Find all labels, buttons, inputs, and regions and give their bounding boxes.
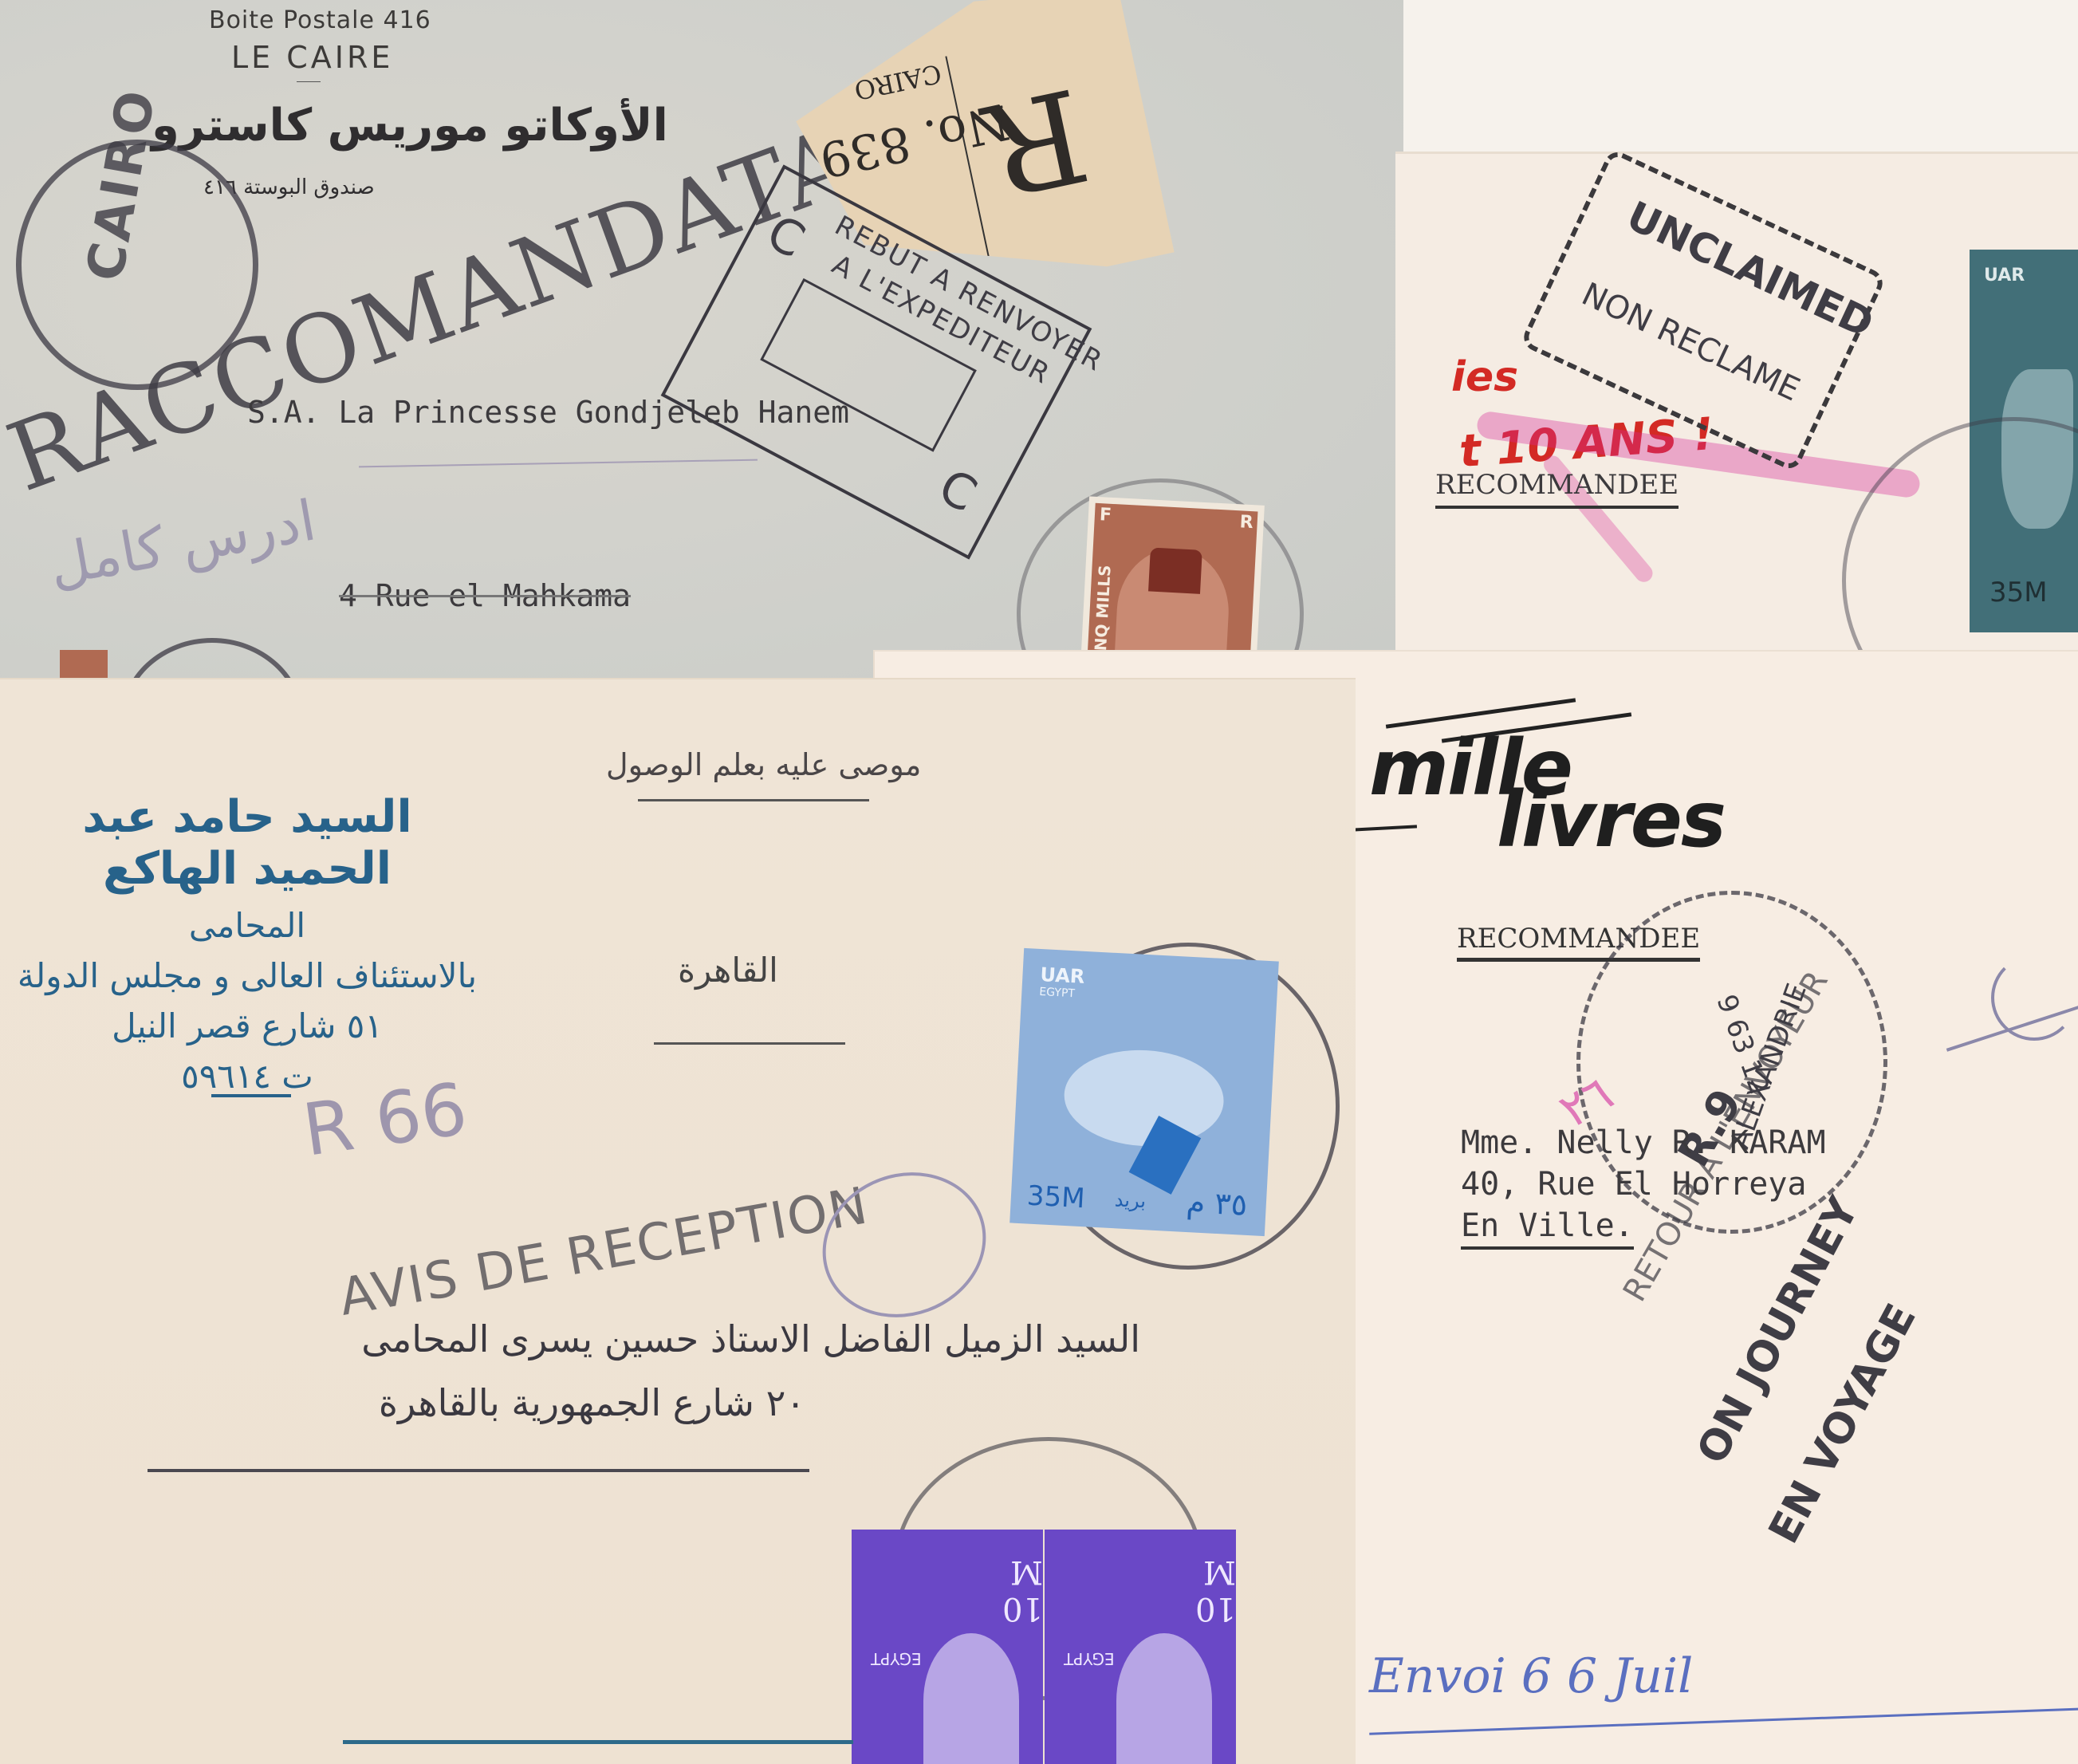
slogan-fragment-1: ies [1451, 353, 1518, 401]
addressee-street: 40, Rue El Horreya [1461, 1164, 1826, 1205]
handwritten-underline [1369, 1707, 2078, 1734]
pencil-mark [1991, 955, 2077, 1041]
addressee-city: En Ville. [1461, 1205, 1634, 1250]
sender-name: السيد حامد عبد الحميد الهاكع [16, 791, 478, 895]
envelope-unclaimed: ies t 10 ANS ! UNCLAIMED NON RECLAME REC… [1395, 152, 2078, 662]
stamp-sub: EGYPT [1064, 1649, 1115, 1668]
stamp-corner-r: R [1239, 512, 1253, 533]
pencil-circle [802, 1150, 1006, 1340]
addressee-street: 4 Rue el Mahkama [339, 578, 631, 613]
stamp-country: UAR [1040, 963, 1085, 988]
postage-stamp-purple-1: 10 M EGYPT [852, 1530, 1043, 1764]
registration-number: No. 839 [815, 93, 1014, 187]
recommandee-marking: RECOMMANDEE [1435, 469, 1679, 509]
registration-city: CAIRO [852, 58, 944, 106]
header-arabic-registered: موصى عليه بعلم الوصول [606, 747, 921, 782]
letterhead-rule [211, 1094, 291, 1097]
stamp-arabic-value: ٣٥ م [1186, 1184, 1249, 1223]
stamp-value: 35M [1026, 1180, 1086, 1215]
cachet-letter-left: C [758, 204, 813, 269]
handwritten-note: Envoi 6 6 Juil [1369, 1648, 1693, 1704]
header-underline [638, 799, 869, 801]
recipient-line2: ٢٠ شارع الجمهورية بالقاهرة [144, 1381, 805, 1424]
addressee-block: Mme. Nelly R. KARAM 40, Rue El Horreya E… [1461, 1122, 1826, 1250]
envelope-avis-de-reception: موصى عليه بعلم الوصول السيد حامد عبد الح… [0, 678, 1356, 1764]
stamp-arabic-label: بريد [1114, 1188, 1147, 1212]
pharaoh-portrait [1116, 1633, 1212, 1764]
stamp-value: 10 M [963, 1553, 1043, 1627]
pencil-arabic-note: ادرس كامل [44, 487, 320, 598]
postage-stamp-purple-2: 10 M EGYPT [1045, 1530, 1236, 1764]
destination-underline [654, 1042, 845, 1045]
letterhead-arabic-name: الأوكاتو موريس كاسترو [152, 100, 668, 152]
cachet-letter-right: C [930, 459, 986, 523]
addressee-name: S.A. La Princesse Gondjeleb Hanem [247, 395, 849, 430]
pencil-underline [359, 459, 758, 468]
fez-icon [1148, 548, 1202, 594]
destination-city: القاهرة [678, 951, 778, 990]
letterhead-po-box: Boite Postale 416 [209, 6, 431, 34]
stamp-corner-f: F [1099, 505, 1112, 526]
stamp-value: 10 M [1156, 1553, 1236, 1627]
bottom-rule [343, 1740, 853, 1744]
postage-stamp-uar-blue: UAR EGYPT 35M بريد ٣٥ م [1009, 948, 1279, 1236]
letterhead-city: LE CAIRE [231, 40, 393, 75]
envelope-raccomandata: Boite Postale 416 LE CAIRE الأوكاتو موري… [0, 0, 1403, 718]
recipient-line1: السيد الزميل الفاضل الاستاذ حسين يسرى ال… [144, 1317, 1140, 1360]
avis-de-reception-cachet: AVIS DE RECEPTION [335, 1176, 873, 1328]
headline-livres: livres [1497, 775, 1725, 864]
sender-title: المحامى [16, 906, 478, 945]
globe-emblem [1062, 1046, 1226, 1150]
letterhead-divider [297, 81, 321, 82]
sender-address: ٥١ شارع قصر النيل [16, 1006, 478, 1045]
pharaoh-portrait [923, 1633, 1019, 1764]
stamp-sub: EGYPT [1039, 986, 1075, 1000]
sender-court: بالاستئناف العالى و مجلس الدولة [16, 956, 478, 995]
stamp-country: UAR [1984, 266, 2025, 285]
recipient-underline [148, 1469, 809, 1472]
sender-letterhead: السيد حامد عبد الحميد الهاكع المحامى بال… [16, 791, 478, 1096]
stamp-sub: EGYPT [871, 1649, 922, 1668]
addressee-name: Mme. Nelly R. KARAM [1461, 1122, 1826, 1164]
